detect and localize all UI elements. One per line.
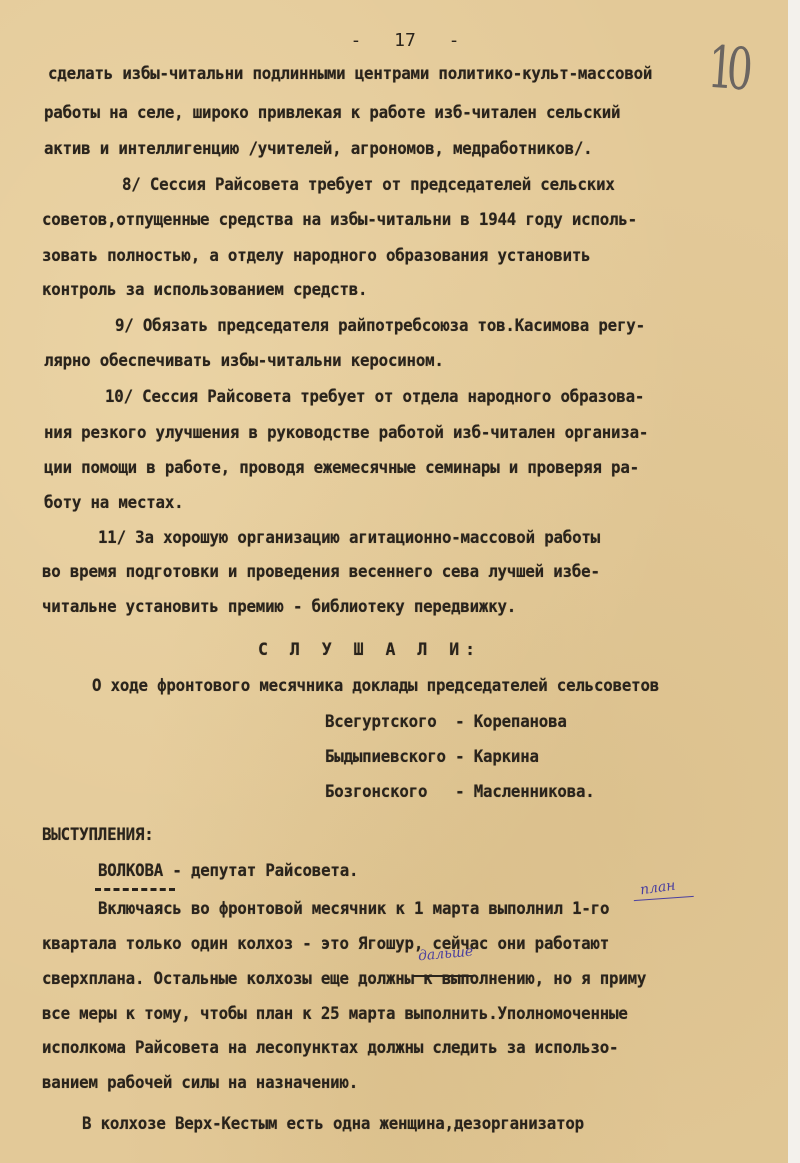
document-page: - 17 - 10 сделать избы-читальни подлинны… (0, 0, 788, 1163)
text-line: боту на местах. (44, 493, 183, 513)
speaker-entry: Бозгонского - Масленникова. (325, 782, 595, 802)
text-line: советов,отпущенные средства на избы-чита… (42, 210, 637, 230)
text-line: контроль за использованием средств. (42, 280, 367, 300)
speaker-entry: Быдыпиевского - Каркина (325, 747, 539, 767)
section-heading-vystupleniya: ВЫСТУПЛЕНИЯ: (42, 825, 154, 845)
text-line: В колхозе Верх-Кестым есть одна женщина,… (82, 1114, 584, 1134)
resolution-item-8: 8/ Сессия Райсовета требует от председат… (122, 175, 615, 195)
resolution-item-9: 9/ Обязать председателя райпотребсоюза т… (115, 316, 645, 336)
text-line: ния резкого улучшения в руководстве рабо… (44, 423, 648, 443)
strikethrough-mark (413, 975, 473, 977)
text-line: все меры к тому, чтобы план к 25 марта в… (42, 1004, 628, 1024)
speaker-underline (95, 888, 175, 891)
text-line: работы на селе, широко привлекая к работ… (44, 103, 620, 123)
section-heading-slushali: С Л У Ш А Л И: (258, 640, 481, 660)
text-line: исполкома Райсовета на лесопунктах должн… (42, 1038, 618, 1058)
speaker-entry: Всегуртского - Корепанова (325, 712, 567, 732)
speaker-name: ВОЛКОВА - депутат Райсовета. (98, 861, 358, 881)
handwritten-insertion-plan: план (639, 878, 676, 899)
resolution-item-10: 10/ Сессия Райсовета требует от отдела н… (105, 387, 644, 407)
handwritten-insertion-dalnie: дальше (417, 944, 473, 965)
text-line: читальне установить премию - библиотеку … (42, 597, 516, 617)
page-number: - 17 - (325, 30, 485, 51)
agenda-item: О ходе фронтового месячника доклады пред… (92, 676, 659, 696)
archive-sheet-number: 10 (706, 33, 748, 103)
text-line: ванием рабочей силы на назначению. (42, 1073, 358, 1093)
text-line: зовать полностью, а отделу народного обр… (42, 246, 590, 266)
text-line: сделать избы-читальни подлинными центрам… (48, 64, 652, 84)
resolution-item-11: 11/ За хорошую организацию агитационно-м… (98, 528, 600, 548)
text-line: сверхплана. Остальные колхозы еще должны… (42, 969, 646, 989)
text-line: Включаясь во фронтовой месячник к 1 март… (98, 899, 609, 919)
text-line: во время подготовки и проведения весенне… (42, 562, 600, 582)
text-line: лярно обеспечивать избы-читальни керосин… (44, 351, 444, 371)
text-line: актив и интеллигенцию /учителей, агроном… (44, 139, 592, 159)
text-line: квартала только один колхоз - это Ягошур… (42, 934, 609, 954)
text-line: ции помощи в работе, проводя ежемесячные… (44, 458, 639, 478)
